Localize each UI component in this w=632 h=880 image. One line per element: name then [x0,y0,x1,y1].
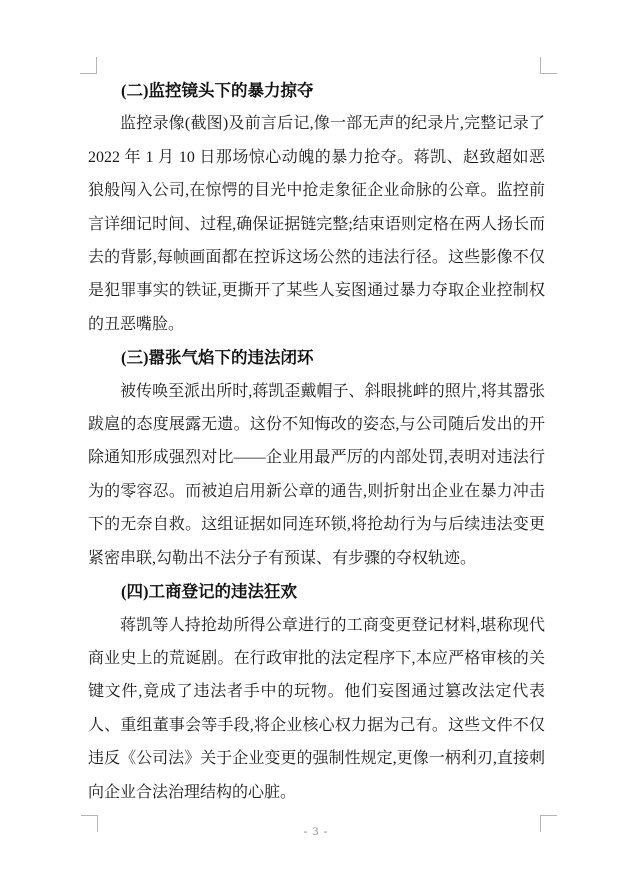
document-page: (二)监控镜头下的暴力掠夺 监控录像(截图)及前言后记,像一部无声的纪录片,完整… [0,0,632,880]
page-number: - 3 - [0,823,632,839]
section-heading-3: (三)嚣张气焰下的违法闭环 [88,341,545,374]
section-paragraph-4: 蒋凯等人持抢劫所得公章进行的工商变更登记材料,堪称现代商业史上的荒诞剧。在行政审… [88,609,545,809]
section-paragraph-2: 监控录像(截图)及前言后记,像一部无声的纪录片,完整记录了 2022 年 1 月… [88,107,545,341]
crop-mark-top-right-icon [540,57,557,74]
document-body: (二)监控镜头下的暴力掠夺 监控录像(截图)及前言后记,像一部无声的纪录片,完整… [88,74,545,809]
section-heading-2: (二)监控镜头下的暴力掠夺 [88,74,545,107]
crop-mark-top-left-icon [80,57,97,74]
section-paragraph-3: 被传唤至派出所时,蒋凯歪戴帽子、斜眼挑衅的照片,将其嚣张跋扈的态度展露无遗。这份… [88,375,545,575]
section-heading-4: (四)工商登记的违法狂欢 [88,575,545,608]
